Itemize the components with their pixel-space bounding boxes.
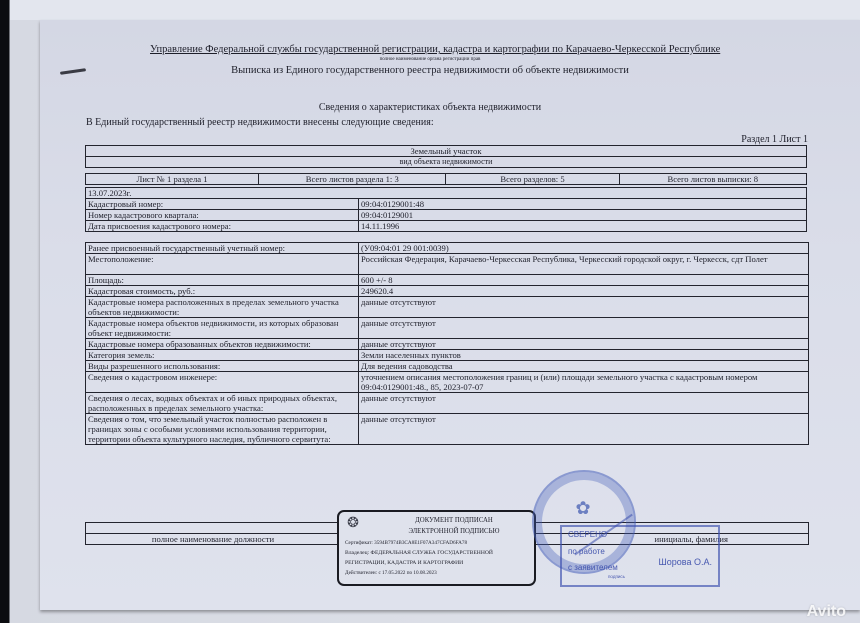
object-kind-caption: вид объекта недвижимости [86, 157, 807, 168]
object-kind-value: Земельный участок [86, 146, 807, 157]
position-caption: полное наименование должности [86, 534, 341, 545]
table-row: Кадастровая стоимость, руб.: 249620.4 [86, 286, 809, 297]
row-label: Кадастровые номера образованных объектов… [86, 339, 359, 350]
row-value: 09:04:0129001:48 [359, 199, 807, 210]
stamp-name: Шорова О.А. [659, 557, 712, 567]
row-label: Кадастровый номер: [86, 199, 359, 210]
coat-of-arms-icon: ❂ [345, 515, 361, 533]
section-intro: В Единый государственный реестр недвижим… [86, 117, 434, 128]
row-value: 249620.4 [359, 286, 809, 297]
row-label: Ранее присвоенный государственный учетны… [86, 243, 359, 254]
row-value: 600 +/- 8 [359, 275, 809, 286]
document-title: Выписка из Единого государственного реес… [150, 65, 710, 76]
background-sheet [10, 0, 860, 20]
total-sections: Всего разделов: 5 [446, 174, 619, 185]
row-value: Российская Федерация, Карачаево-Черкесск… [359, 254, 809, 275]
row-label: Кадастровая стоимость, руб.: [86, 286, 359, 297]
row-value: данные отсутствуют [359, 297, 809, 318]
row-value: данные отсутствуют [359, 318, 809, 339]
table-row: Площадь: 600 +/- 8 [86, 275, 809, 286]
row-label: Категория земель: [86, 350, 359, 361]
table-row: Кадастровые номера объектов недвижимости… [86, 318, 809, 339]
details-table: Ранее присвоенный государственный учетны… [85, 242, 809, 445]
table-row: Ранее присвоенный государственный учетны… [86, 243, 809, 254]
row-value: данные отсутствуют [359, 393, 809, 414]
avito-watermark: Avito [807, 603, 846, 621]
section-title: Сведения о характеристиках объекта недви… [150, 102, 710, 113]
main-info-table: 13.07.2023г. Кадастровый номер: 09:04:01… [85, 187, 807, 232]
page-reference: Раздел 1 Лист 1 [741, 134, 808, 145]
table-row: Местоположение: Российская Федерация, Ка… [86, 254, 809, 275]
esig-line2: ЭЛЕКТРОННОЙ ПОДПИСЬЮ [379, 527, 529, 536]
total-extract-sheets: Всего листов выписки: 8 [619, 174, 806, 185]
row-label: Виды разрешенного использования: [86, 361, 359, 372]
organization-name: Управление Федеральной службы государств… [150, 44, 710, 55]
row-label: Местоположение: [86, 254, 359, 275]
row-value: данные отсутствуют [359, 339, 809, 350]
table-row: Кадастровый номер: 09:04:0129001:48 [86, 199, 807, 210]
table-row: Категория земель: Земли населенных пункт… [86, 350, 809, 361]
row-value: 14.11.1996 [359, 221, 807, 232]
row-value: Земли населенных пунктов [359, 350, 809, 361]
table-row: Кадастровые номера образованных объектов… [86, 339, 809, 350]
esig-owner-line2: РЕГИСТРАЦИИ, КАДАСТРА И КАРТОГРАФИИ [345, 559, 463, 568]
organization-caption: полное наименование органа регистрации п… [150, 57, 710, 62]
table-row: Сведения о лесах, водных объектах и об и… [86, 393, 809, 414]
row-label: Сведения о том, что земельный участок по… [86, 414, 359, 445]
row-value: 09:04:0129001 [359, 210, 807, 221]
extract-date: 13.07.2023г. [86, 188, 807, 199]
table-row: Кадастровые номера расположенных в преде… [86, 297, 809, 318]
row-value: (У09:04:01 29 001:0039) [359, 243, 809, 254]
esig-validity: Действителен: с 17.05.2022 по 10.08.2023 [345, 569, 437, 578]
table-row: Сведения о кадастровом инженере: уточнен… [86, 372, 809, 393]
row-label: Сведения о лесах, водных объектах и об и… [86, 393, 359, 414]
esig-owner-line1: Владелец: ФЕДЕРАЛЬНАЯ СЛУЖБА ГОСУДАРСТВЕ… [345, 549, 493, 558]
esig-certificate: Сертификат: 3594B7974B3CA8E1F07A347CFAD6… [345, 539, 467, 548]
object-kind-table: Земельный участок вид объекта недвижимос… [85, 145, 807, 168]
table-row: Виды разрешенного использования: Для вед… [86, 361, 809, 372]
row-label: Кадастровые номера расположенных в преде… [86, 297, 359, 318]
row-label: Кадастровые номера объектов недвижимости… [86, 318, 359, 339]
row-value: данные отсутствуют [359, 414, 809, 445]
sheet-info-table: Лист № 1 раздела 1 Всего листов раздела … [85, 173, 807, 185]
total-section-sheets: Всего листов раздела 1: 3 [259, 174, 446, 185]
esig-line1: ДОКУМЕНТ ПОДПИСАН [379, 516, 529, 525]
table-row: Номер кадастрового квартала: 09:04:01290… [86, 210, 807, 221]
table-row: Дата присвоения кадастрового номера: 14.… [86, 221, 807, 232]
row-value: Для ведения садоводства [359, 361, 809, 372]
row-value: уточнением описания местоположения грани… [359, 372, 809, 393]
row-label: Сведения о кадастровом инженере: [86, 372, 359, 393]
mfc-logo-icon: ✿ [572, 498, 594, 522]
electronic-signature-box: ❂ ДОКУМЕНТ ПОДПИСАН ЭЛЕКТРОННОЙ ПОДПИСЬЮ… [337, 510, 536, 586]
row-label: Дата присвоения кадастрового номера: [86, 221, 359, 232]
row-label: Площадь: [86, 275, 359, 286]
row-label: Номер кадастрового квартала: [86, 210, 359, 221]
sheet-number: Лист № 1 раздела 1 [86, 174, 259, 185]
table-row: Сведения о том, что земельный участок по… [86, 414, 809, 445]
